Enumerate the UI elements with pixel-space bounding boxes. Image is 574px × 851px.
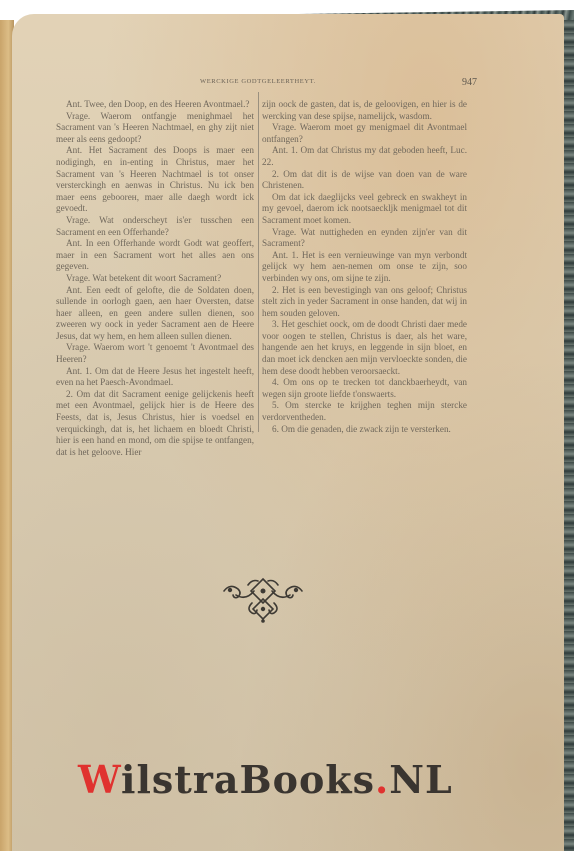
column-divider: [258, 92, 259, 432]
marbled-cover-right: [564, 20, 574, 851]
paragraph: 5. Om stercke te krijghen teghen mijn st…: [262, 400, 467, 423]
paragraph: 2. Het is een bevestigingh van ons geloo…: [262, 285, 467, 320]
paragraph: Ant. 1. Om dat de Heere Jesus het ingest…: [56, 366, 254, 389]
logo-tld: NL: [389, 757, 452, 802]
paragraph: Ant. Een eedt of gelofte, die de Soldate…: [56, 285, 254, 343]
paragraph: 3. Het geschiet oock, om de doodt Christ…: [262, 319, 467, 377]
paragraph: Ant. Het Sacrament des Doops is maer een…: [56, 145, 254, 215]
paragraph: Ant. In een Offerhande wordt Godt wat ge…: [56, 238, 254, 273]
left-text-column: Ant. Twee, den Doop, en des Heeren Avont…: [56, 99, 254, 458]
paragraph: Vrage. Waerom ontfangje menighmael het S…: [56, 111, 254, 146]
paragraph: 2. Om dat dit is de wijse van doen van d…: [262, 169, 467, 192]
paragraph: Ant. 1. Het is een vernieuwinge van myn …: [262, 250, 467, 285]
paragraph: Ant. Twee, den Doop, en des Heeren Avont…: [56, 99, 254, 111]
running-head: Werckige Godtgeleertheyt.: [200, 78, 350, 85]
logo-text: ilstraBooks: [121, 757, 375, 802]
floral-vignette-icon: [218, 573, 308, 625]
logo-dot: .: [375, 757, 389, 802]
paragraph: 4. Om ons op te trecken tot danckbaerhey…: [262, 377, 467, 400]
paragraph: Om dat ick daeglijcks veel gebreck en sw…: [262, 192, 467, 227]
paragraph: 2. Om dat dit Sacrament eenige gelijcken…: [56, 389, 254, 459]
paragraph: Ant. 1. Om dat Christus my dat geboden h…: [262, 145, 467, 168]
paragraph: Vrage. Wat betekent dit woort Sacrament?: [56, 273, 254, 285]
paragraph: Vrage. Waerom moet gy menigmael dit Avon…: [262, 122, 467, 145]
watermark-logo: WilstraBooks.NL: [78, 757, 453, 802]
paragraph: Vrage. Wat nuttigheden en eynden zijn'er…: [262, 227, 467, 250]
paragraph: Vrage. Wat onderscheyt is'er tusschen ee…: [56, 215, 254, 238]
page-number: 947: [462, 77, 477, 88]
paragraph: zijn oock de gasten, dat is, de geloovig…: [262, 99, 467, 122]
logo-accent-letter: W: [78, 757, 121, 802]
right-text-column: zijn oock de gasten, dat is, de geloovig…: [262, 99, 467, 435]
paragraph: 6. Om die genaden, die zwack zijn te ver…: [262, 424, 467, 436]
paragraph: Vrage. Waerom wort 't genoemt 't Avontma…: [56, 342, 254, 365]
